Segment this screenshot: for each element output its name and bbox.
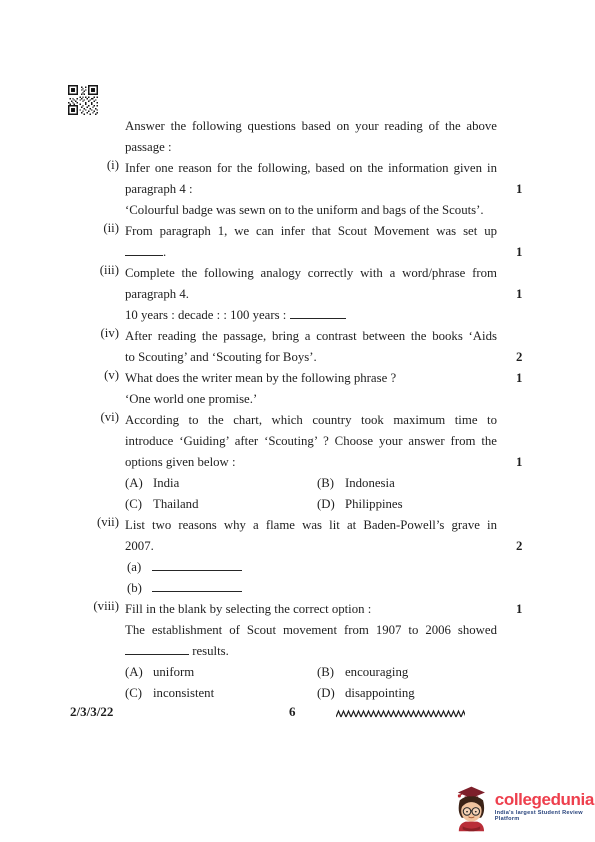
- question-line-text: to Scouting’ and ‘Scouting for Boys’.: [125, 350, 317, 364]
- question-line-text: .: [163, 245, 166, 259]
- question-line-text: results.: [192, 644, 229, 658]
- option-letter: (D): [317, 683, 345, 704]
- question-line: results.: [125, 641, 497, 662]
- exam-paper-page: Answer the following questions based on …: [0, 0, 595, 842]
- answer-line-a: (a): [125, 557, 497, 578]
- answer-line-b: (b): [125, 578, 497, 599]
- question-line: After reading the passage, bring a contr…: [125, 326, 497, 347]
- sub-part-label: (a): [125, 557, 152, 578]
- question-line-text: 10 years : decade : : 100 years :: [125, 308, 286, 322]
- qr-code-icon: [68, 85, 98, 115]
- question-number: (vi): [88, 410, 125, 515]
- question-line-text: 2007.: [125, 539, 154, 553]
- question-line: ‘One world one promise.’: [125, 389, 497, 410]
- option-text: encouraging: [345, 662, 497, 683]
- collegedunia-mascot-icon: [452, 783, 491, 833]
- question-line: .1: [125, 242, 497, 263]
- marks-value: 1: [516, 179, 546, 200]
- intro-line: Answer the following questions based on …: [125, 116, 497, 137]
- answer-blank: [125, 641, 189, 655]
- question-line-text: paragraph 4.: [125, 287, 189, 301]
- marks-value: 1: [516, 242, 546, 263]
- question-number: (i): [88, 158, 125, 221]
- exam-code: 2/3/3/22: [70, 704, 113, 720]
- question-number: (iv): [88, 326, 125, 368]
- question-line: to Scouting’ and ‘Scouting for Boys’.2: [125, 347, 497, 368]
- answer-blank: [152, 557, 242, 571]
- answer-blank: [152, 578, 242, 592]
- question-line: paragraph 4.1: [125, 284, 497, 305]
- option-letter: (B): [317, 473, 345, 494]
- question-line-text: paragraph 4 :: [125, 182, 193, 196]
- marks-value: 1: [516, 284, 546, 305]
- question-line-text: options given below :: [125, 455, 236, 469]
- question-v: (v) What does the writer mean by the fol…: [88, 368, 525, 410]
- option-text: uniform: [153, 662, 317, 683]
- answer-blank: [290, 305, 346, 319]
- question-ii: (ii) From paragraph 1, we can infer that…: [88, 221, 525, 263]
- question-iv: (iv) After reading the passage, bring a …: [88, 326, 525, 368]
- question-line: ‘Colourful badge was sewn on to the unif…: [125, 200, 497, 221]
- question-number: (vii): [88, 515, 125, 599]
- options-row: (C) Thailand (D) Philippines: [125, 494, 497, 515]
- option-text: Thailand: [153, 494, 317, 515]
- question-line: The establishment of Scout movement from…: [125, 620, 497, 641]
- question-vii: (vii) List two reasons why a flame was l…: [88, 515, 525, 599]
- question-line: Infer one reason for the following, base…: [125, 158, 497, 179]
- options-row: (A) uniform (B) encouraging: [125, 662, 497, 683]
- question-line: paragraph 4 :1: [125, 179, 497, 200]
- option-letter: (B): [317, 662, 345, 683]
- marks-value: 1: [516, 599, 546, 620]
- option-text: India: [153, 473, 317, 494]
- logo-text-block: collegedunia ı India's largest Student R…: [495, 791, 595, 822]
- question-line-text: Fill in the blank by selecting the corre…: [125, 602, 371, 616]
- brand-tagline: India's largest Student Review Platform: [495, 810, 595, 822]
- squiggle-line-icon: [336, 709, 465, 719]
- question-line: introduce ‘Guiding’ after ‘Scouting’ ? C…: [125, 431, 497, 452]
- options-row: (A) India (B) Indonesia: [125, 473, 497, 494]
- page-number: 6: [289, 704, 296, 720]
- question-line-text: What does the writer mean by the followi…: [125, 371, 396, 385]
- question-number: (viii): [88, 599, 125, 704]
- question-number: (iii): [88, 263, 125, 326]
- question-viii: (viii) Fill in the blank by selecting th…: [88, 599, 525, 704]
- option-letter: (A): [125, 662, 153, 683]
- question-line: What does the writer mean by the followi…: [125, 368, 497, 389]
- question-iii: (iii) Complete the following analogy cor…: [88, 263, 525, 326]
- question-number: (ii): [88, 221, 125, 263]
- question-line: options given below :1: [125, 452, 497, 473]
- marks-value: 1: [516, 452, 546, 473]
- option-letter: (C): [125, 683, 153, 704]
- options-row: (C) inconsistent (D) disappointing: [125, 683, 497, 704]
- option-text: disappointing: [345, 683, 497, 704]
- option-text: inconsistent: [153, 683, 317, 704]
- sub-part-label: (b): [125, 578, 152, 599]
- brand-name: collegedunia: [495, 791, 594, 809]
- option-letter: (A): [125, 473, 153, 494]
- marks-value: 2: [516, 536, 546, 557]
- question-i: (i) Infer one reason for the following, …: [88, 158, 525, 221]
- intro-line: passage :: [125, 137, 497, 158]
- collegedunia-logo-link[interactable]: collegedunia ı India's largest Student R…: [452, 783, 595, 833]
- question-line: Fill in the blank by selecting the corre…: [125, 599, 497, 620]
- option-letter: (D): [317, 494, 345, 515]
- option-letter: (C): [125, 494, 153, 515]
- questions-block: Answer the following questions based on …: [88, 116, 525, 704]
- question-line: From paragraph 1, we can infer that Scou…: [125, 221, 497, 242]
- question-vi: (vi) According to the chart, which count…: [88, 410, 525, 515]
- question-line: 10 years : decade : : 100 years :: [125, 305, 497, 326]
- option-text: Indonesia: [345, 473, 497, 494]
- question-line: 2007.2: [125, 536, 497, 557]
- question-line: According to the chart, which country to…: [125, 410, 497, 431]
- answer-blank: [125, 242, 163, 256]
- intro-paragraph: Answer the following questions based on …: [125, 116, 497, 158]
- question-line: Complete the following analogy correctly…: [125, 263, 497, 284]
- question-number: (v): [88, 368, 125, 410]
- marks-value: 2: [516, 347, 546, 368]
- question-line: List two reasons why a flame was lit at …: [125, 515, 497, 536]
- option-text: Philippines: [345, 494, 497, 515]
- marks-value: 1: [516, 368, 546, 389]
